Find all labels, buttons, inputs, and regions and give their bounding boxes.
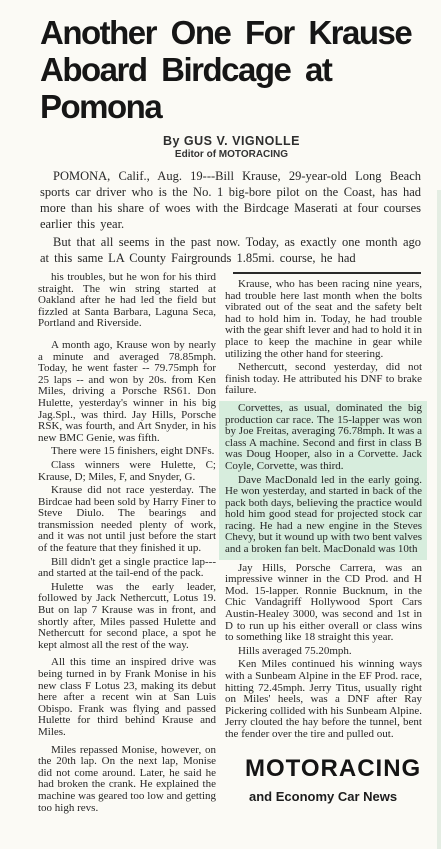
- article-paragraph: Corvettes, as usual, dominated the big p…: [225, 403, 422, 473]
- article-paragraph: Jay Hills, Porsche Carrera, was an impre…: [225, 563, 422, 644]
- left-column: his troubles, but he won for his third s…: [38, 272, 216, 816]
- article-paragraph: Krause, who has been racing nine years, …: [225, 279, 422, 360]
- logo-subtitle: and Economy Car News: [249, 789, 422, 804]
- article-paragraph: There were 15 finishers, eight DNFs.: [38, 446, 216, 458]
- newspaper-page: Another One For KrauseAboard Birdcage at…: [0, 0, 441, 849]
- headline-line-2: Aboard Birdcage at Pomona: [40, 51, 331, 125]
- article-paragraph: Miles repassed Monise, however, on the 2…: [38, 745, 216, 815]
- article-paragraph: Bill didn't get a single practice lap---…: [38, 557, 216, 580]
- article-paragraph: Krause did not race yesterday. The Birdc…: [38, 485, 216, 555]
- article-paragraph: POMONA, Calif., Aug. 19---Bill Krause, 2…: [40, 168, 421, 232]
- scan-edge-shadow: [437, 190, 441, 849]
- article-paragraph: Dave MacDonald led in the early going. H…: [225, 475, 422, 556]
- article-paragraph: Ken Miles continued his winning ways wit…: [225, 659, 422, 740]
- byline-role: Editor of MOTORACING: [40, 149, 423, 160]
- intro-section: POMONA, Calif., Aug. 19---Bill Krause, 2…: [0, 160, 441, 266]
- motoracing-logo: MOTORACING and Economy Car News: [225, 755, 422, 804]
- headline: Another One For KrauseAboard Birdcage at…: [40, 14, 423, 125]
- article-paragraph: But that all seems in the past now. Toda…: [40, 234, 421, 266]
- right-column: Krause, who has been racing nine years, …: [225, 272, 422, 816]
- article-header: Another One For KrauseAboard Birdcage at…: [0, 0, 441, 160]
- article-paragraph: All this time an inspired drive was bein…: [38, 657, 216, 738]
- article-paragraph: his troubles, but he won for his third s…: [38, 272, 216, 330]
- article-columns: his troubles, but he won for his third s…: [0, 268, 441, 816]
- article-paragraph: Hulette was the early leader, followed b…: [38, 582, 216, 652]
- column-divider-rule: [233, 272, 421, 274]
- headline-line-1: Another One For Krause: [40, 14, 411, 51]
- byline: By GUS V. VIGNOLLE: [40, 134, 423, 148]
- article-paragraph: A month ago, Krause won by nearly a minu…: [38, 340, 216, 444]
- highlighted-passage: Corvettes, as usual, dominated the big p…: [219, 401, 427, 560]
- article-paragraph: Hills averaged 75.20mph.: [225, 646, 422, 658]
- logo-title: MOTORACING: [245, 755, 422, 783]
- article-paragraph: Nethercutt, second yesterday, did not fi…: [225, 362, 422, 397]
- article-paragraph: Class winners were Hulette, C; Krause, D…: [38, 460, 216, 483]
